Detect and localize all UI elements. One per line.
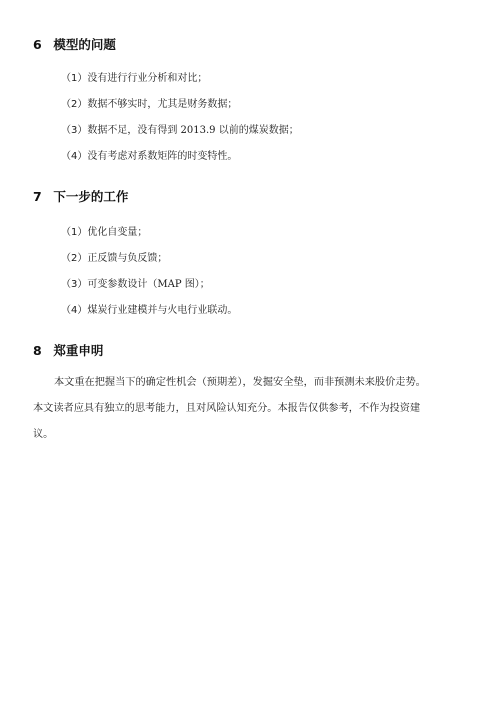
section-heading-8: 8 郑重申明 xyxy=(33,343,103,359)
section-number: 7 xyxy=(33,189,49,205)
list-item: （3）可变参数设计（MAP 图）； xyxy=(61,278,210,292)
list-index: （4） xyxy=(61,151,87,162)
section-number: 6 xyxy=(33,37,49,53)
section-title: 郑重申明 xyxy=(53,343,103,358)
section-title: 模型的问题 xyxy=(53,37,116,52)
list-item: （4）煤炭行业建模并与火电行业联动。 xyxy=(61,304,237,318)
list-item: （1）没有进行行业分析和对比； xyxy=(61,72,207,86)
list-index: （2） xyxy=(61,253,87,264)
list-index: （3） xyxy=(61,279,87,290)
list-item: （4）没有考虑对系数矩阵的时变特性。 xyxy=(61,150,237,164)
list-text: 优化自变量； xyxy=(87,227,147,238)
list-text: 数据不足，没有得到 2013.9 以前的煤炭数据； xyxy=(87,125,298,136)
list-text: 可变参数设计（MAP 图）； xyxy=(87,279,209,290)
list-text: 正反馈与负反馈； xyxy=(87,253,167,264)
list-index: （1） xyxy=(61,227,87,238)
list-index: （3） xyxy=(61,125,87,136)
list-text: 煤炭行业建模并与火电行业联动。 xyxy=(87,305,237,316)
disclaimer-line-2: 本文读者应具有独立的思考能力，且对风险认知充分。本报告仅供参考，不作为投资建 xyxy=(33,402,420,416)
section-title: 下一步的工作 xyxy=(53,189,128,204)
list-index: （2） xyxy=(61,99,87,110)
disclaimer-line-3: 议。 xyxy=(33,428,53,442)
section-number: 8 xyxy=(33,343,49,359)
list-index: （4） xyxy=(61,305,87,316)
list-text: 数据不够实时，尤其是财务数据； xyxy=(87,99,237,110)
disclaimer-line-1: 本文重在把握当下的确定性机会（预期差），发掘安全垫，而非预测未来股价走势。 xyxy=(54,376,426,390)
list-index: （1） xyxy=(61,73,87,84)
list-text: 没有考虑对系数矩阵的时变特性。 xyxy=(87,151,237,162)
document-page: 6 模型的问题 （1）没有进行行业分析和对比； （2）数据不够实时，尤其是财务数… xyxy=(0,0,500,707)
section-heading-6: 6 模型的问题 xyxy=(33,37,116,53)
list-text: 没有进行行业分析和对比； xyxy=(87,73,207,84)
list-item: （2）数据不够实时，尤其是财务数据； xyxy=(61,98,237,112)
list-item: （2）正反馈与负反馈； xyxy=(61,252,167,266)
list-item: （1）优化自变量； xyxy=(61,226,147,240)
list-item: （3）数据不足，没有得到 2013.9 以前的煤炭数据； xyxy=(61,124,299,138)
section-heading-7: 7 下一步的工作 xyxy=(33,189,128,205)
